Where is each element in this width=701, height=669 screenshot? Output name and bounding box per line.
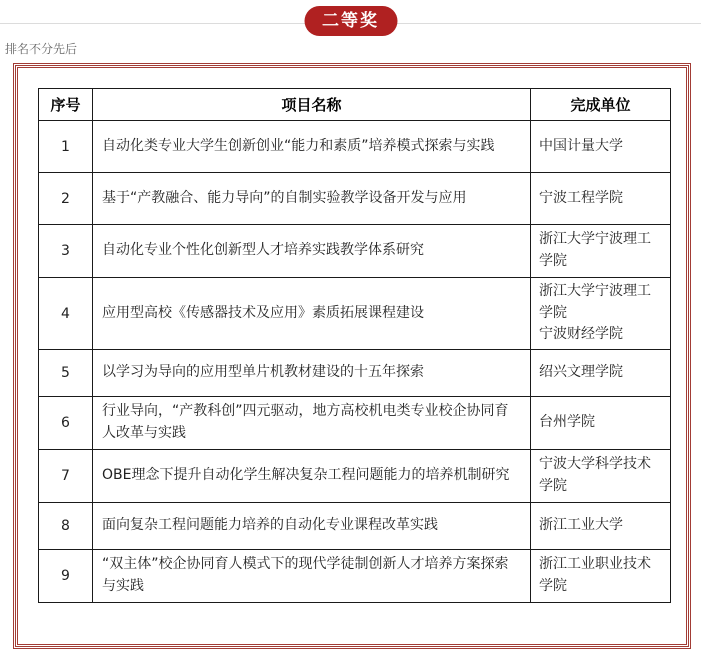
award-tier-badge: 二等奖 — [304, 6, 397, 36]
cell-no: 4 — [39, 278, 93, 350]
decorative-frame: 序号 项目名称 完成单位 1 自动化类专业大学生创新创业“能力和素质”培养模式探… — [13, 63, 691, 649]
ranking-note: 排名不分先后 — [5, 40, 77, 57]
cell-no: 6 — [39, 397, 93, 450]
column-header-project: 项目名称 — [93, 89, 531, 121]
cell-no: 1 — [39, 121, 93, 173]
cell-unit: 中国计量大学 — [531, 121, 671, 173]
cell-project: 以学习为导向的应用型单片机教材建设的十五年探索 — [93, 350, 531, 397]
decorative-frame-middle-line: 序号 项目名称 完成单位 1 自动化类专业大学生创新创业“能力和素质”培养模式探… — [15, 65, 689, 647]
cell-project: 面向复杂工程问题能力培养的自动化专业课程改革实践 — [93, 503, 531, 550]
cell-project: 应用型高校《传感器技术及应用》素质拓展课程建设 — [93, 278, 531, 350]
cell-no: 3 — [39, 225, 93, 278]
column-header-no: 序号 — [39, 89, 93, 121]
cell-unit: 浙江大学宁波理工学院 宁波财经学院 — [531, 278, 671, 350]
table-row: 9 “双主体”校企协同育人模式下的现代学徒制创新人才培养方案探索与实践 浙江工业… — [39, 550, 671, 603]
cell-no: 8 — [39, 503, 93, 550]
awards-table: 序号 项目名称 完成单位 1 自动化类专业大学生创新创业“能力和素质”培养模式探… — [38, 88, 671, 603]
table-row: 2 基于“产教融合、能力导向”的自制实验教学设备开发与应用 宁波工程学院 — [39, 173, 671, 225]
cell-project: 行业导向，“产教科创”四元驱动，地方高校机电类专业校企协同育人改革与实践 — [93, 397, 531, 450]
cell-no: 5 — [39, 350, 93, 397]
cell-project: OBE理念下提升自动化学生解决复杂工程问题能力的培养机制研究 — [93, 450, 531, 503]
table-row: 1 自动化类专业大学生创新创业“能力和素质”培养模式探索与实践 中国计量大学 — [39, 121, 671, 173]
cell-unit: 绍兴文理学院 — [531, 350, 671, 397]
cell-unit: 台州学院 — [531, 397, 671, 450]
table-row: 5 以学习为导向的应用型单片机教材建设的十五年探索 绍兴文理学院 — [39, 350, 671, 397]
cell-no: 7 — [39, 450, 93, 503]
cell-no: 2 — [39, 173, 93, 225]
table-row: 3 自动化专业个性化创新型人才培养实践教学体系研究 浙江大学宁波理工学院 — [39, 225, 671, 278]
table-row: 8 面向复杂工程问题能力培养的自动化专业课程改革实践 浙江工业大学 — [39, 503, 671, 550]
table-row: 4 应用型高校《传感器技术及应用》素质拓展课程建设 浙江大学宁波理工学院 宁波财… — [39, 278, 671, 350]
decorative-frame-inner-line: 序号 项目名称 完成单位 1 自动化类专业大学生创新创业“能力和素质”培养模式探… — [17, 67, 687, 645]
column-header-unit: 完成单位 — [531, 89, 671, 121]
cell-unit: 宁波大学科学技术学院 — [531, 450, 671, 503]
cell-no: 9 — [39, 550, 93, 603]
cell-project: 自动化专业个性化创新型人才培养实践教学体系研究 — [93, 225, 531, 278]
cell-unit: 宁波工程学院 — [531, 173, 671, 225]
table-header-row: 序号 项目名称 完成单位 — [39, 89, 671, 121]
cell-unit: 浙江工业大学 — [531, 503, 671, 550]
cell-unit: 浙江工业职业技术学院 — [531, 550, 671, 603]
cell-project: 基于“产教融合、能力导向”的自制实验教学设备开发与应用 — [93, 173, 531, 225]
cell-project: 自动化类专业大学生创新创业“能力和素质”培养模式探索与实践 — [93, 121, 531, 173]
cell-unit: 浙江大学宁波理工学院 — [531, 225, 671, 278]
table-row: 7 OBE理念下提升自动化学生解决复杂工程问题能力的培养机制研究 宁波大学科学技… — [39, 450, 671, 503]
cell-project: “双主体”校企协同育人模式下的现代学徒制创新人才培养方案探索与实践 — [93, 550, 531, 603]
table-row: 6 行业导向，“产教科创”四元驱动，地方高校机电类专业校企协同育人改革与实践 台… — [39, 397, 671, 450]
